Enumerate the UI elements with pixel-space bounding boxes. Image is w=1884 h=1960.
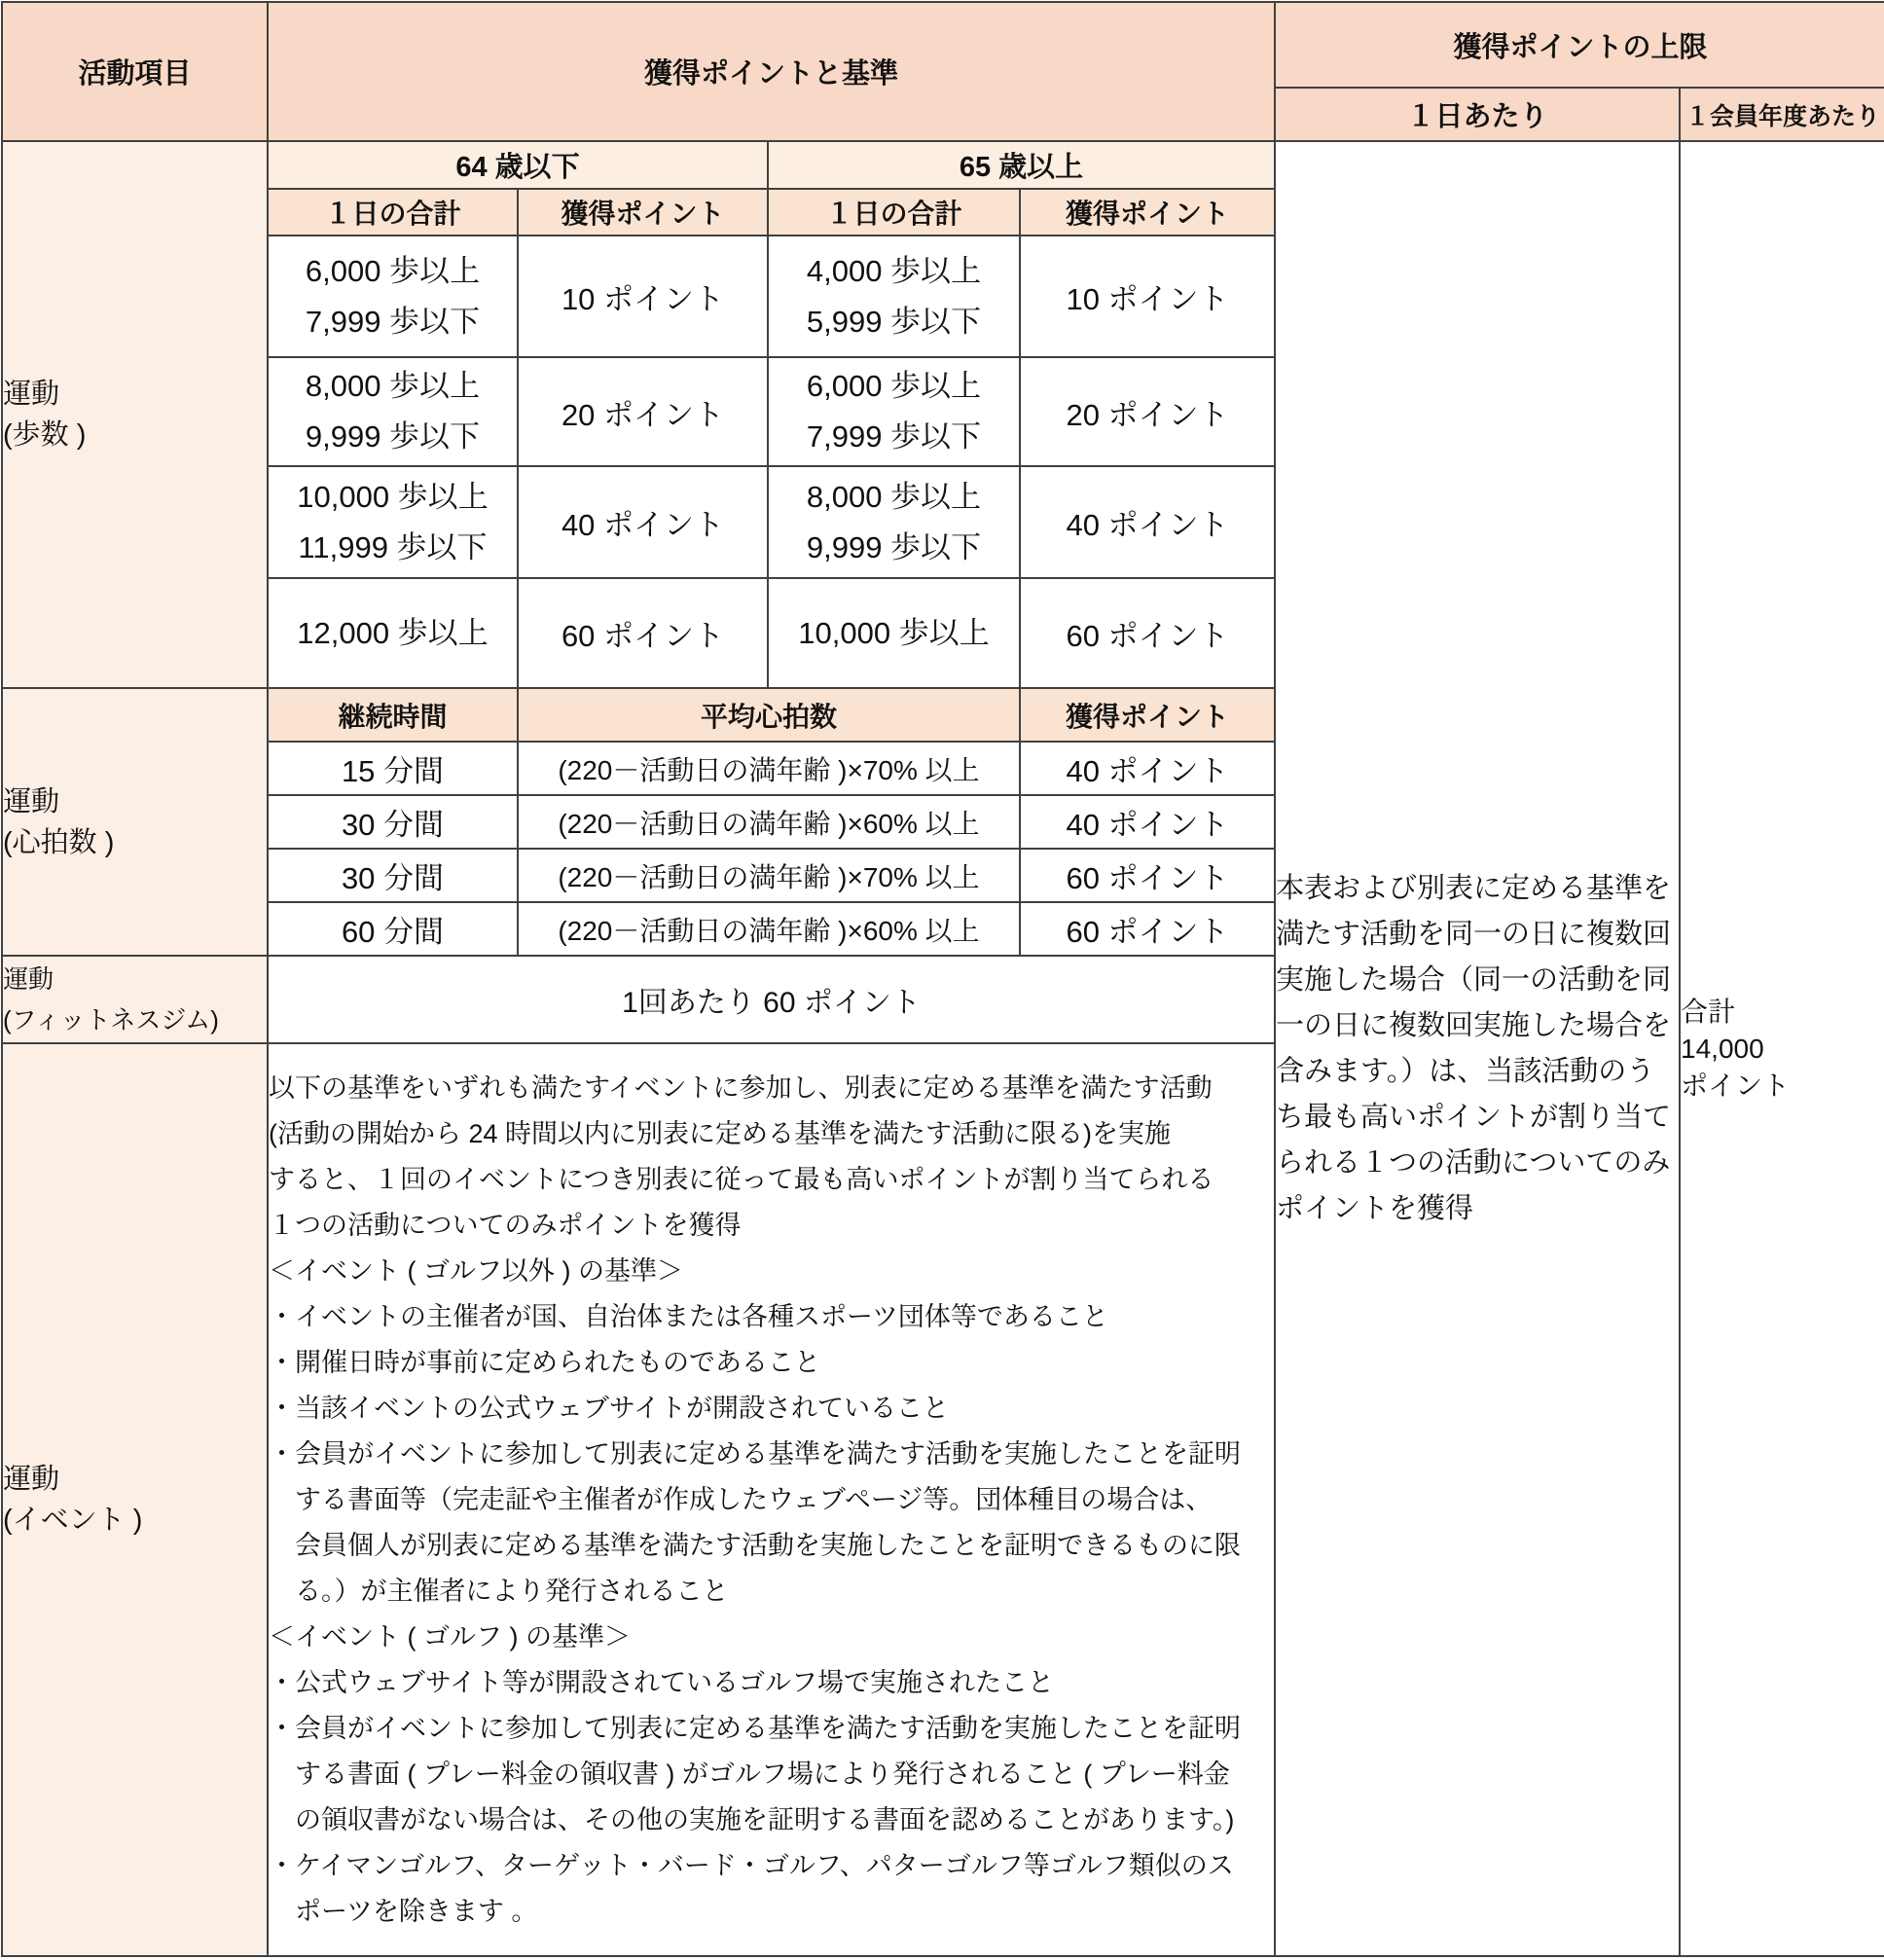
header-points-cap: 獲得ポイントの上限 xyxy=(1275,2,1884,88)
heart-col-duration: 継続時間 xyxy=(268,688,518,742)
text-line: ・公式ウェブサイト等が開設されているゴルフ場で実施されたこと xyxy=(269,1660,1274,1706)
header-activity: 活動項目 xyxy=(2,2,268,141)
text-line: 以下の基準をいずれも満たすイベントに参加し、別表に定める基準を満たす活動 xyxy=(269,1066,1274,1111)
row-label-fitness-gym: 運動 (フィットネスジム) xyxy=(2,956,268,1043)
text-line: する書面 ( プレー料金の領収書 ) がゴルフ場により発行されること ( プレー… xyxy=(269,1752,1274,1797)
header-cap-per-day: １日あたり xyxy=(1275,88,1680,141)
heart-formula-cell: (220－活動日の満年齢 )×70% 以上 xyxy=(518,849,1020,902)
heart-points-cell: 40 ポイント xyxy=(1020,795,1275,849)
steps-total-cell: 10,000 歩以上 xyxy=(768,578,1020,688)
heart-formula-cell: (220－活動日の満年齢 )×70% 以上 xyxy=(518,742,1020,795)
text-line: ・ケイマンゴルフ、ターゲット・バード・ゴルフ、パターゴルフ等ゴルフ類似のス xyxy=(269,1843,1274,1889)
steps-col-daily-total-u64: １日の合計 xyxy=(268,189,518,236)
steps-points-cell: 40 ポイント xyxy=(1020,466,1275,578)
steps-points-cell: 40 ポイント xyxy=(518,466,768,578)
text-line: ＜イベント ( ゴルフ ) の基準＞ xyxy=(269,1615,1274,1660)
row-label-steps: 運動 (歩数 ) xyxy=(2,141,268,688)
header-cap-per-year: １会員年度あたり xyxy=(1680,88,1884,141)
steps-total-cell: 8,000 歩以上 9,999 歩以下 xyxy=(768,466,1020,578)
cap-per-year-cell: 合計14,000ポイント xyxy=(1680,141,1884,1956)
steps-col-points-u64: 獲得ポイント xyxy=(518,189,768,236)
text-line: ・開催日時が事前に定められたものであること xyxy=(269,1340,1274,1386)
steps-age-under64: 64 歳以下 xyxy=(268,141,768,189)
steps-points-cell: 60 ポイント xyxy=(1020,578,1275,688)
text-line: ポイント xyxy=(1681,1068,1884,1105)
text-line: 満たす活動を同一の日に複数回 xyxy=(1276,912,1679,958)
steps-total-cell: 10,000 歩以上 11,999 歩以下 xyxy=(268,466,518,578)
heart-duration-cell: 30 分間 xyxy=(268,849,518,902)
text-line: 実施した場合（同一の活動を同 xyxy=(1276,958,1679,1003)
text-line: ・イベントの主催者が国、自治体または各種スポーツ団体等であること xyxy=(269,1294,1274,1340)
heart-points-cell: 60 ポイント xyxy=(1020,849,1275,902)
steps-age-over65: 65 歳以上 xyxy=(768,141,1275,189)
heart-formula-cell: (220－活動日の満年齢 )×60% 以上 xyxy=(518,902,1020,956)
text-line: ・当該イベントの公式ウェブサイトが開設されていること xyxy=(269,1386,1274,1432)
text-line: 含みます。）は、当該活動のう xyxy=(1276,1049,1679,1095)
heart-duration-cell: 60 分間 xyxy=(268,902,518,956)
heart-points-cell: 40 ポイント xyxy=(1020,742,1275,795)
row-label-event: 運動 (イベント ) xyxy=(2,1043,268,1956)
heart-duration-cell: 15 分間 xyxy=(268,742,518,795)
steps-total-cell: 8,000 歩以上 9,999 歩以下 xyxy=(268,357,518,466)
text-line: 会員個人が別表に定める基準を満たす活動を実施したことを証明できるものに限 xyxy=(269,1523,1274,1569)
row-label-heart-rate: 運動 (心拍数 ) xyxy=(2,688,268,956)
heart-duration-cell: 30 分間 xyxy=(268,795,518,849)
text-line: ち最も高いポイントが割り当て xyxy=(1276,1095,1679,1141)
text-line: １つの活動についてのみポイントを獲得 xyxy=(269,1203,1274,1249)
text-line: られる１つの活動についてのみ xyxy=(1276,1141,1679,1186)
heart-col-avg-bpm: 平均心拍数 xyxy=(518,688,1020,742)
header-points-criteria: 獲得ポイントと基準 xyxy=(268,2,1275,141)
text-line: の領収書がない場合は、その他の実施を証明する書面を認めることがあります。) xyxy=(269,1797,1274,1843)
steps-total-cell: 12,000 歩以上 xyxy=(268,578,518,688)
text-line: ・会員がイベントに参加して別表に定める基準を満たす活動を実施したことを証明 xyxy=(269,1706,1274,1752)
heart-formula-cell: (220－活動日の満年齢 )×60% 以上 xyxy=(518,795,1020,849)
text-line: ・会員がイベントに参加して別表に定める基準を満たす活動を実施したことを証明 xyxy=(269,1432,1274,1477)
steps-col-points-o65: 獲得ポイント xyxy=(1020,189,1275,236)
text-line: (活動の開始から 24 時間以内に別表に定める基準を満たす活動に限る)を実施 xyxy=(269,1111,1274,1157)
text-line: すると、１回のイベントにつき別表に従って最も高いポイントが割り当てられる xyxy=(269,1157,1274,1203)
heart-points-cell: 60 ポイント xyxy=(1020,902,1275,956)
steps-total-cell: 6,000 歩以上 7,999 歩以下 xyxy=(768,357,1020,466)
steps-total-cell: 4,000 歩以上 5,999 歩以下 xyxy=(768,236,1020,357)
text-line: ポイントを獲得 xyxy=(1276,1186,1679,1232)
text-line: する書面等（完走証や主催者が作成したウェブページ等。団体種目の場合は、 xyxy=(269,1477,1274,1523)
text-line: ＜イベント ( ゴルフ以外 ) の基準＞ xyxy=(269,1249,1274,1294)
steps-points-cell: 20 ポイント xyxy=(518,357,768,466)
text-line: ポーツを除きます 。 xyxy=(269,1889,1274,1935)
steps-total-cell: 6,000 歩以上 7,999 歩以下 xyxy=(268,236,518,357)
steps-points-cell: 60 ポイント xyxy=(518,578,768,688)
text-line: 14,000 xyxy=(1681,1031,1884,1068)
steps-col-daily-total-o65: １日の合計 xyxy=(768,189,1020,236)
heart-col-points: 獲得ポイント xyxy=(1020,688,1275,742)
text-line: 合計 xyxy=(1681,994,1884,1031)
text-line: る。）が主催者により発行されること xyxy=(269,1569,1274,1615)
event-criteria-cell: 以下の基準をいずれも満たすイベントに参加し、別表に定める基準を満たす活動(活動の… xyxy=(268,1043,1275,1956)
gym-points-cell: 1回あたり 60 ポイント xyxy=(268,956,1275,1043)
activity-points-table: 活動項目 獲得ポイントと基準 獲得ポイントの上限 １日あたり １会員年度あたり … xyxy=(1,1,1884,1957)
steps-points-cell: 10 ポイント xyxy=(1020,236,1275,357)
text-line: 本表および別表に定める基準を xyxy=(1276,866,1679,912)
cap-per-day-cell: 本表および別表に定める基準を満たす活動を同一の日に複数回実施した場合（同一の活動… xyxy=(1275,141,1680,1956)
steps-points-cell: 10 ポイント xyxy=(518,236,768,357)
steps-points-cell: 20 ポイント xyxy=(1020,357,1275,466)
text-line: 一の日に複数回実施した場合を xyxy=(1276,1003,1679,1049)
